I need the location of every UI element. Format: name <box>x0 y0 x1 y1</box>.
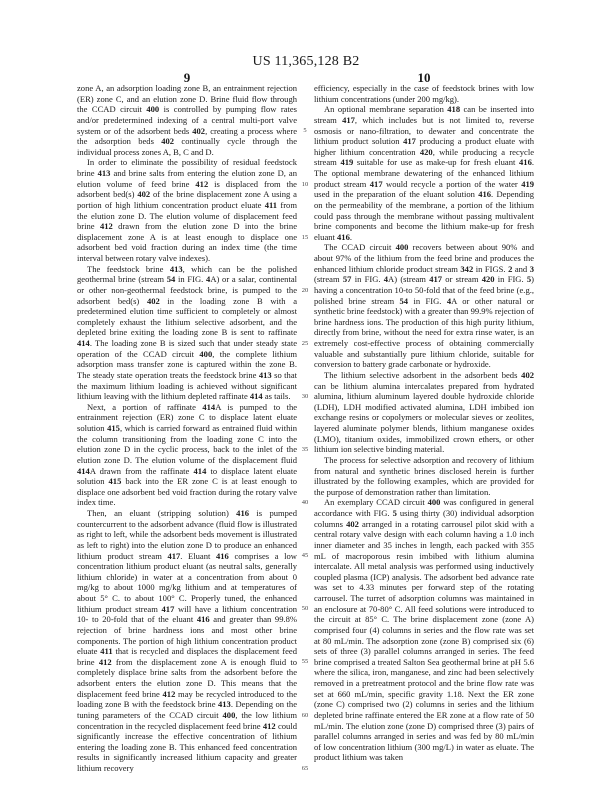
line-number: 40 <box>298 499 312 506</box>
reference-numeral: 416 <box>519 157 532 167</box>
reference-numeral: 412 <box>195 179 208 189</box>
paragraph: An exemplary CCAD circuit 400 was config… <box>314 497 534 763</box>
paragraph: The CCAD circuit 400 recovers between ab… <box>314 242 534 370</box>
reference-numeral: 400 <box>223 710 236 720</box>
reference-numeral: 400 <box>199 349 212 359</box>
reference-numeral: 419 <box>340 157 353 167</box>
reference-numeral: 414 <box>250 391 263 401</box>
paragraph: The feedstock brine 413, which can be th… <box>77 264 297 402</box>
line-number: 30 <box>298 393 312 400</box>
reference-numeral: 420 <box>420 147 433 157</box>
paragraph: Next, a portion of raffinate 414A is pum… <box>77 402 297 508</box>
paragraph: In order to eliminate the possibility of… <box>77 157 297 263</box>
patent-header: US 11,365,128 B2 <box>0 54 612 70</box>
line-number: 10 <box>298 181 312 188</box>
reference-numeral: 413 <box>259 370 272 380</box>
line-number: 55 <box>298 658 312 665</box>
reference-numeral: 412 <box>100 221 113 231</box>
reference-numeral: 417 <box>403 136 416 146</box>
line-number: 45 <box>298 552 312 559</box>
reference-numeral: 412 <box>163 689 176 699</box>
reference-numeral: 4 <box>384 274 388 284</box>
line-number: 15 <box>298 234 312 241</box>
reference-numeral: 419 <box>521 179 534 189</box>
reference-numeral: 400 <box>396 242 409 252</box>
reference-numeral: 417 <box>370 179 383 189</box>
reference-numeral: 418 <box>447 104 460 114</box>
reference-numeral: 417 <box>342 115 355 125</box>
line-number: 20 <box>298 287 312 294</box>
reference-numeral: 413 <box>218 699 231 709</box>
paragraph: Then, an eluant (stripping solution) 416… <box>77 508 297 774</box>
paragraph: The process for selective adsorption and… <box>314 455 534 498</box>
paragraph: zone A, an adsorption loading zone B, an… <box>77 83 297 157</box>
reference-numeral: 54 <box>400 296 409 306</box>
reference-numeral: 402 <box>137 189 150 199</box>
line-number: 60 <box>298 712 312 719</box>
reference-numeral: 415 <box>107 423 120 433</box>
reference-numeral: 416 <box>216 551 229 561</box>
paragraph: An optional membrane separation 418 can … <box>314 104 534 242</box>
reference-numeral: 5 <box>393 508 397 518</box>
reference-numeral: 415 <box>109 476 122 486</box>
reference-numeral: 402 <box>346 519 359 529</box>
line-number: 65 <box>298 765 312 772</box>
reference-numeral: 54 <box>167 274 176 284</box>
reference-numeral: 5 <box>527 274 531 284</box>
line-number: 50 <box>298 605 312 612</box>
reference-numeral: 4 <box>206 274 210 284</box>
reference-numeral: 414 <box>202 402 215 412</box>
reference-numeral: 402 <box>161 136 174 146</box>
reference-numeral: 57 <box>343 274 352 284</box>
left-column: zone A, an adsorption loading zone B, an… <box>77 83 297 774</box>
reference-numeral: 414 <box>77 466 90 476</box>
reference-numeral: 420 <box>482 274 495 284</box>
reference-numeral: 402 <box>147 296 160 306</box>
reference-numeral: 416 <box>337 232 350 242</box>
reference-numeral: 417 <box>167 551 180 561</box>
reference-numeral: 411 <box>100 646 112 656</box>
reference-numeral: 417 <box>162 604 175 614</box>
reference-numeral: 417 <box>429 274 442 284</box>
reference-numeral: 416 <box>236 508 249 518</box>
paragraph: efficiency, especially in the case of fe… <box>314 83 534 104</box>
reference-numeral: 413 <box>170 264 183 274</box>
reference-numeral: 416 <box>197 614 210 624</box>
reference-numeral: 402 <box>521 370 534 380</box>
reference-numeral: 342 <box>460 264 473 274</box>
reference-numeral: 400 <box>146 104 159 114</box>
paragraph: The lithium selective adsorbent in the a… <box>314 370 534 455</box>
reference-numeral: 414 <box>194 466 207 476</box>
reference-numeral: 400 <box>428 497 441 507</box>
reference-numeral: 412 <box>263 721 276 731</box>
line-number: 25 <box>298 340 312 347</box>
reference-numeral: 2 <box>508 264 512 274</box>
reference-numeral: 416 <box>478 189 491 199</box>
reference-numeral: 3 <box>530 264 534 274</box>
reference-numeral: 402 <box>192 126 205 136</box>
line-number: 35 <box>298 446 312 453</box>
line-number: 5 <box>298 127 312 134</box>
right-column: efficiency, especially in the case of fe… <box>314 83 534 763</box>
reference-numeral: 413 <box>98 168 111 178</box>
reference-numeral: 412 <box>99 657 112 667</box>
reference-numeral: 411 <box>265 200 277 210</box>
reference-numeral: 414 <box>77 338 90 348</box>
reference-numeral: 4 <box>447 296 451 306</box>
